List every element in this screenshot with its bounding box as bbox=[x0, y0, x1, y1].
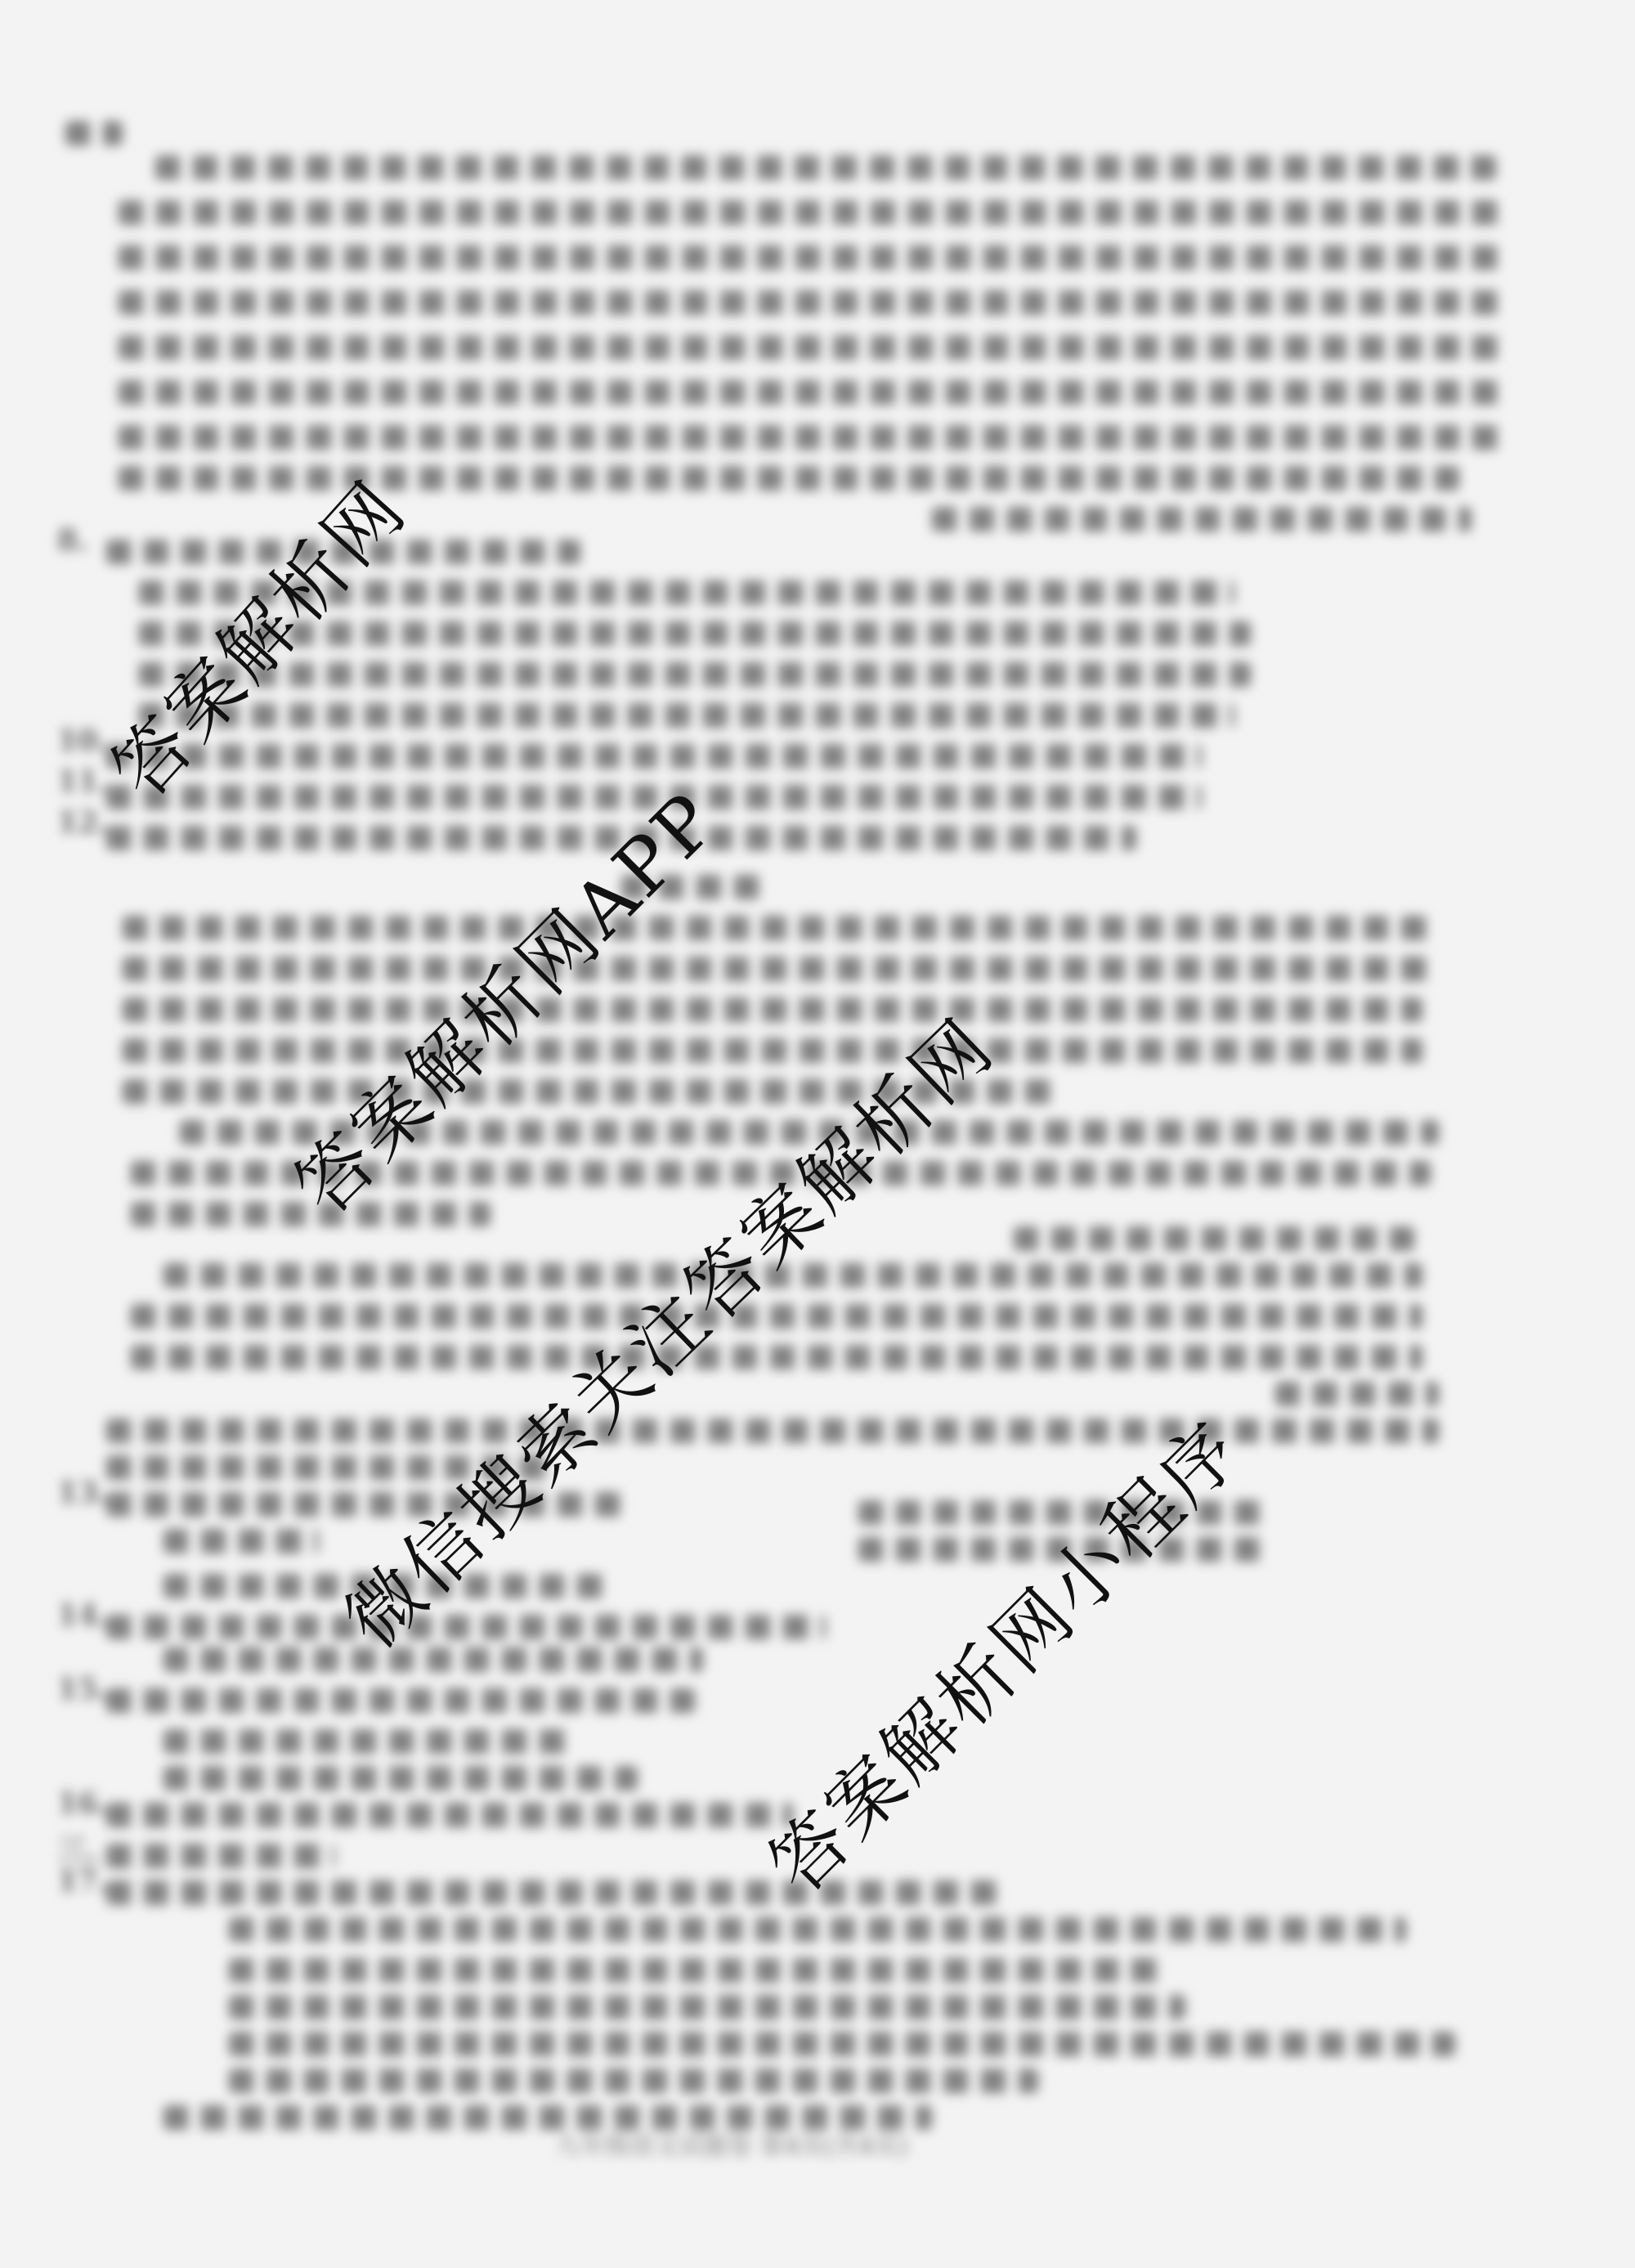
blurred-text-line bbox=[139, 703, 1234, 728]
question-number: 16. bbox=[57, 1786, 109, 1821]
blurred-text-line bbox=[123, 1038, 1422, 1063]
blurred-text-line bbox=[106, 1880, 997, 1905]
blurred-text-line bbox=[119, 335, 1508, 360]
question-number: 13. bbox=[57, 1476, 109, 1510]
blurred-text-line bbox=[163, 1729, 572, 1754]
blurred-text-line bbox=[1014, 1226, 1414, 1251]
blurred-text-line bbox=[106, 1688, 695, 1713]
blurred-text-line bbox=[119, 425, 1508, 450]
blurred-text-line bbox=[131, 1202, 490, 1226]
blurred-text-line bbox=[1275, 1382, 1439, 1406]
blurred-text-line bbox=[229, 2069, 1038, 2093]
blurred-text-line bbox=[131, 1345, 1422, 1369]
question-number: 12. bbox=[57, 805, 109, 840]
blurred-text-line bbox=[123, 916, 1431, 940]
blurred-text-line bbox=[119, 200, 1504, 225]
blurred-text-line bbox=[123, 997, 1422, 1022]
blurred-text-line bbox=[123, 957, 1431, 981]
blurred-text-line bbox=[163, 1647, 703, 1672]
blurred-text-line bbox=[106, 1615, 826, 1639]
blurred-text-line bbox=[229, 1917, 1406, 1942]
question-number: 17. bbox=[57, 1864, 109, 1898]
blurred-text-line bbox=[163, 1766, 638, 1791]
blurred-text-line bbox=[106, 1844, 335, 1868]
blurred-text-line bbox=[106, 744, 1202, 769]
blurred-text-line bbox=[119, 245, 1508, 270]
blurred-text-line bbox=[229, 1958, 1161, 1983]
blurred-text-line bbox=[229, 1995, 1185, 2019]
blurred-text-line bbox=[119, 380, 1508, 405]
blurred-text-line bbox=[131, 1304, 1422, 1329]
question-number: 15. bbox=[57, 1672, 109, 1706]
question-number: 8. bbox=[57, 523, 88, 558]
blurred-text-line bbox=[106, 1419, 1439, 1443]
question-number: 14. bbox=[57, 1598, 109, 1633]
blurred-text-line bbox=[229, 2032, 1455, 2056]
blurred-text-line bbox=[65, 121, 123, 146]
blurred-text-line bbox=[163, 2105, 932, 2130]
blurred-text-line bbox=[155, 155, 1496, 180]
blurred-text-line bbox=[932, 507, 1471, 531]
blurred-text-line bbox=[106, 1803, 793, 1827]
blurred-text-line bbox=[119, 290, 1508, 315]
blurred-text-line bbox=[163, 1529, 319, 1553]
blurred-text-line bbox=[139, 662, 1251, 687]
page-footer: 九年级语文试题卷 第4页(共4页) bbox=[556, 2126, 908, 2162]
question-number: 11. bbox=[57, 764, 109, 799]
